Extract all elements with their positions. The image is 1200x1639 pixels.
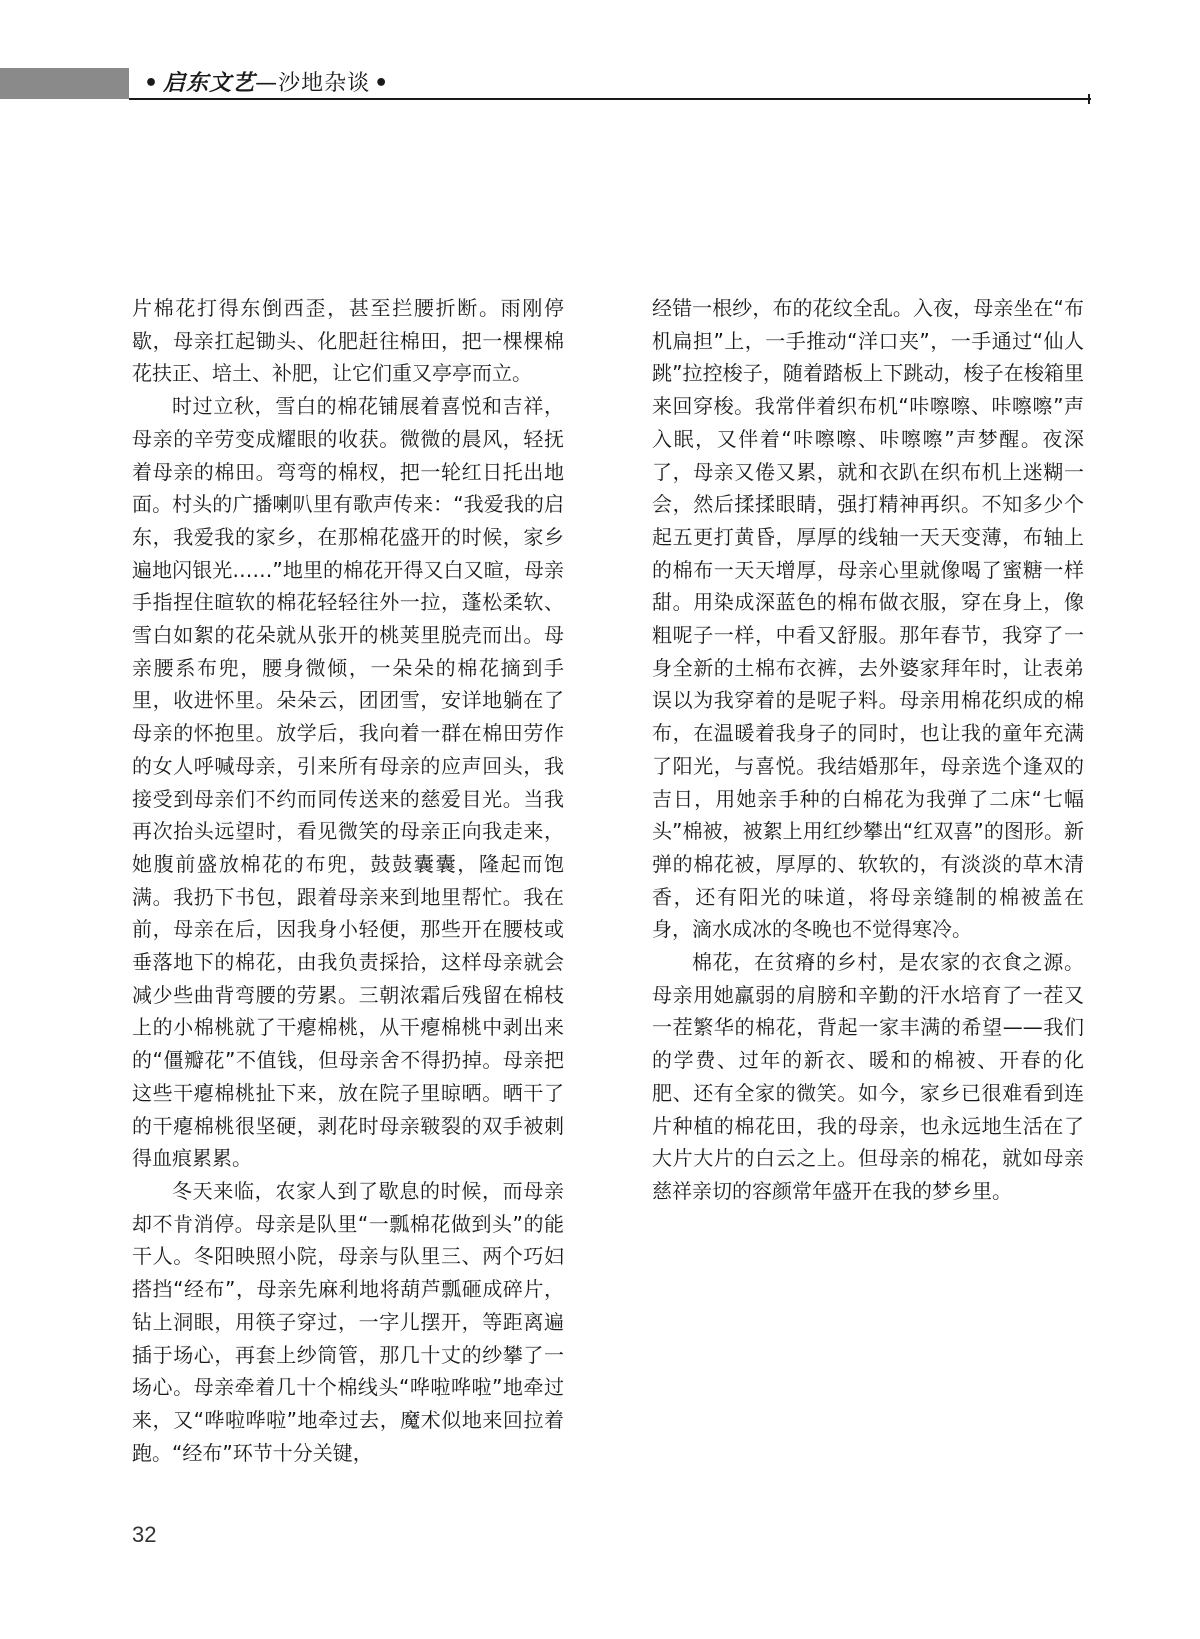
paragraph: 冬天来临，农家人到了歇息的时候，而母亲却不肯消停。母亲是队里“一瓢棉花做到头”的… — [132, 1175, 564, 1469]
text-column-left: 片棉花打得东倒西歪，甚至拦腰折断。雨刚停歇，母亲扛起锄头、化肥赶往棉田，把一棵棵… — [132, 292, 564, 1469]
header-rule-end-tick — [1088, 94, 1090, 104]
header-gray-block — [0, 68, 129, 99]
header-bullet-right: • — [374, 71, 389, 96]
header-rule — [129, 98, 1091, 100]
running-header: •启东文艺—沙地杂谈• — [140, 70, 393, 98]
section-name: 沙地杂谈 — [278, 71, 370, 96]
header-dash: — — [255, 71, 278, 96]
header-bullet-left: • — [144, 71, 159, 96]
paragraph: 经错一根纱，布的花纹全乱。入夜，母亲坐在“布机扁担”上，一手推动“洋口夹”，一手… — [652, 292, 1084, 946]
magazine-name: 启东文艺 — [163, 71, 255, 96]
text-column-right: 经错一根纱，布的花纹全乱。入夜，母亲坐在“布机扁担”上，一手推动“洋口夹”，一手… — [652, 292, 1084, 1208]
paragraph: 棉花，在贫瘠的乡村，是农家的衣食之源。母亲用她羸弱的肩膀和辛勤的汗水培育了一茬又… — [652, 946, 1084, 1208]
paragraph: 时过立秋，雪白的棉花铺展着喜悦和吉祥，母亲的辛劳变成耀眼的收获。微微的晨风，轻抚… — [132, 390, 564, 1175]
paragraph: 片棉花打得东倒西歪，甚至拦腰折断。雨刚停歇，母亲扛起锄头、化肥赶往棉田，把一棵棵… — [132, 292, 564, 390]
page-number: 32 — [132, 1522, 156, 1548]
